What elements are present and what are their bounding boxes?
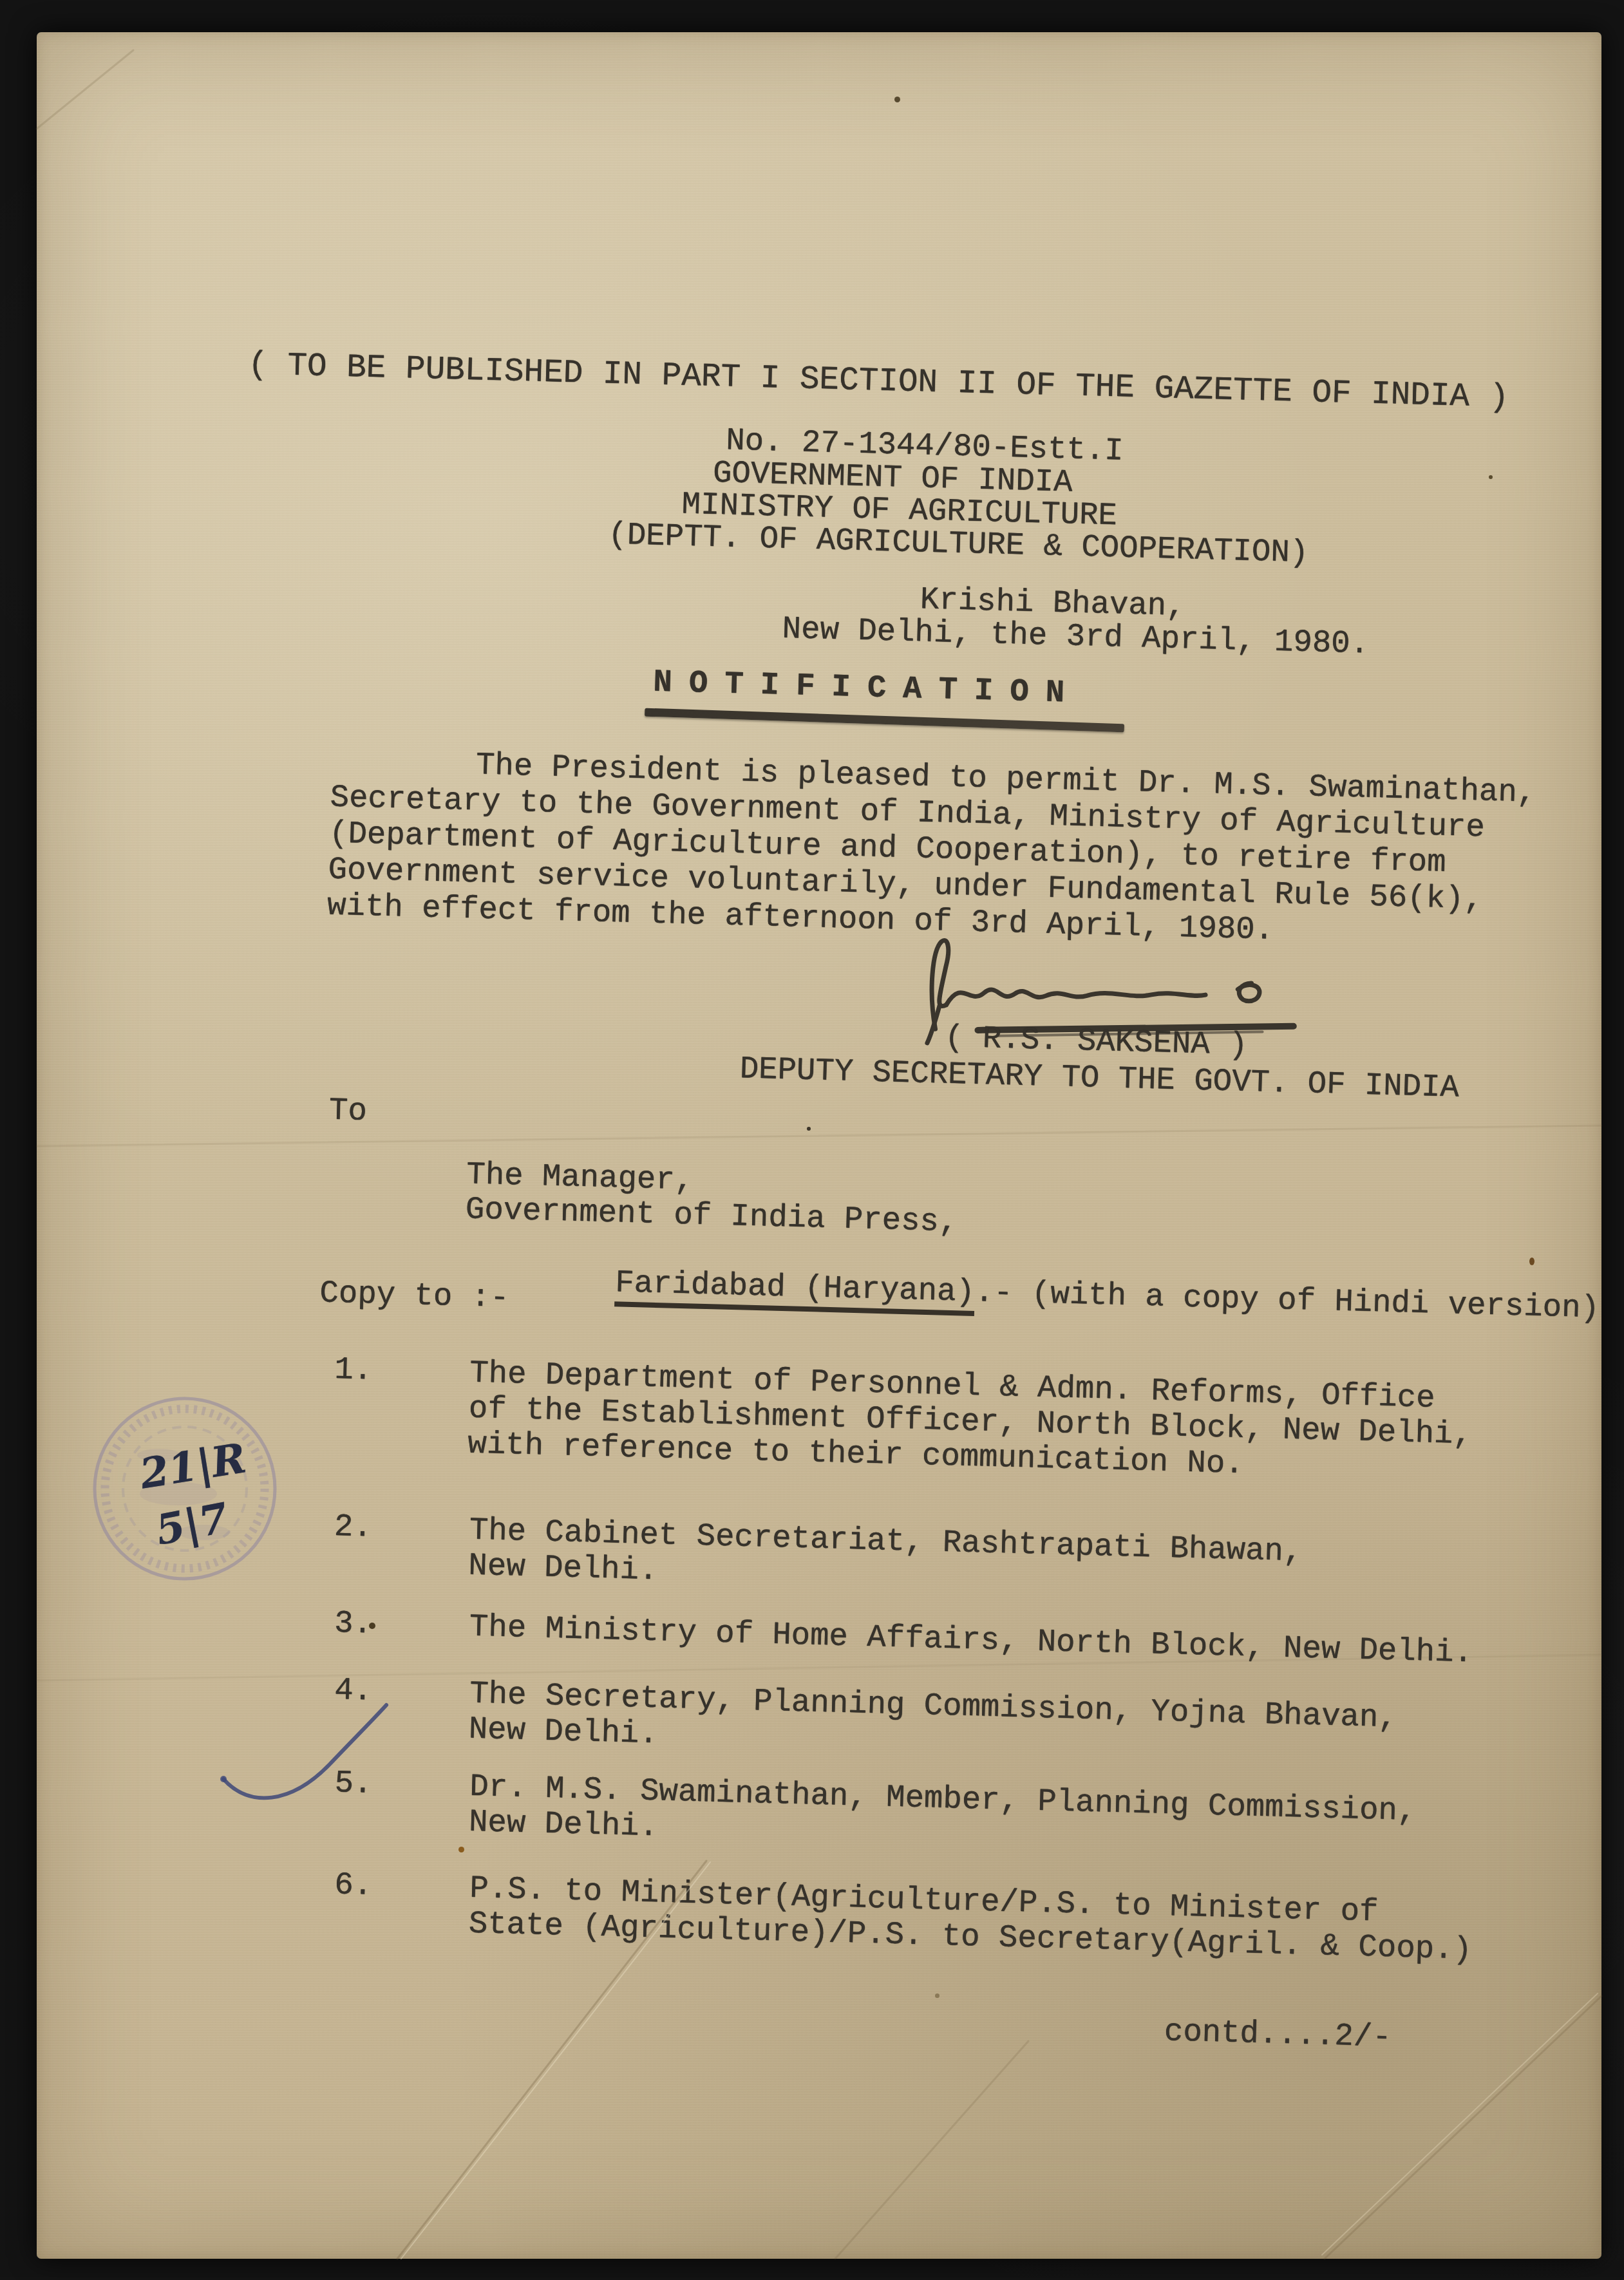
document-page: ( TO BE PUBLISHED IN PART I SECTION II O… (37, 32, 1601, 2259)
paper-speck (1489, 475, 1493, 479)
paper-speck (894, 97, 900, 102)
paper-speck (369, 1623, 375, 1629)
paper-speck (458, 1847, 464, 1852)
paper-speck (807, 1127, 811, 1131)
paper-speck (935, 1993, 939, 1998)
paper-speck (1529, 1258, 1534, 1265)
paper-creases (37, 32, 1601, 2259)
